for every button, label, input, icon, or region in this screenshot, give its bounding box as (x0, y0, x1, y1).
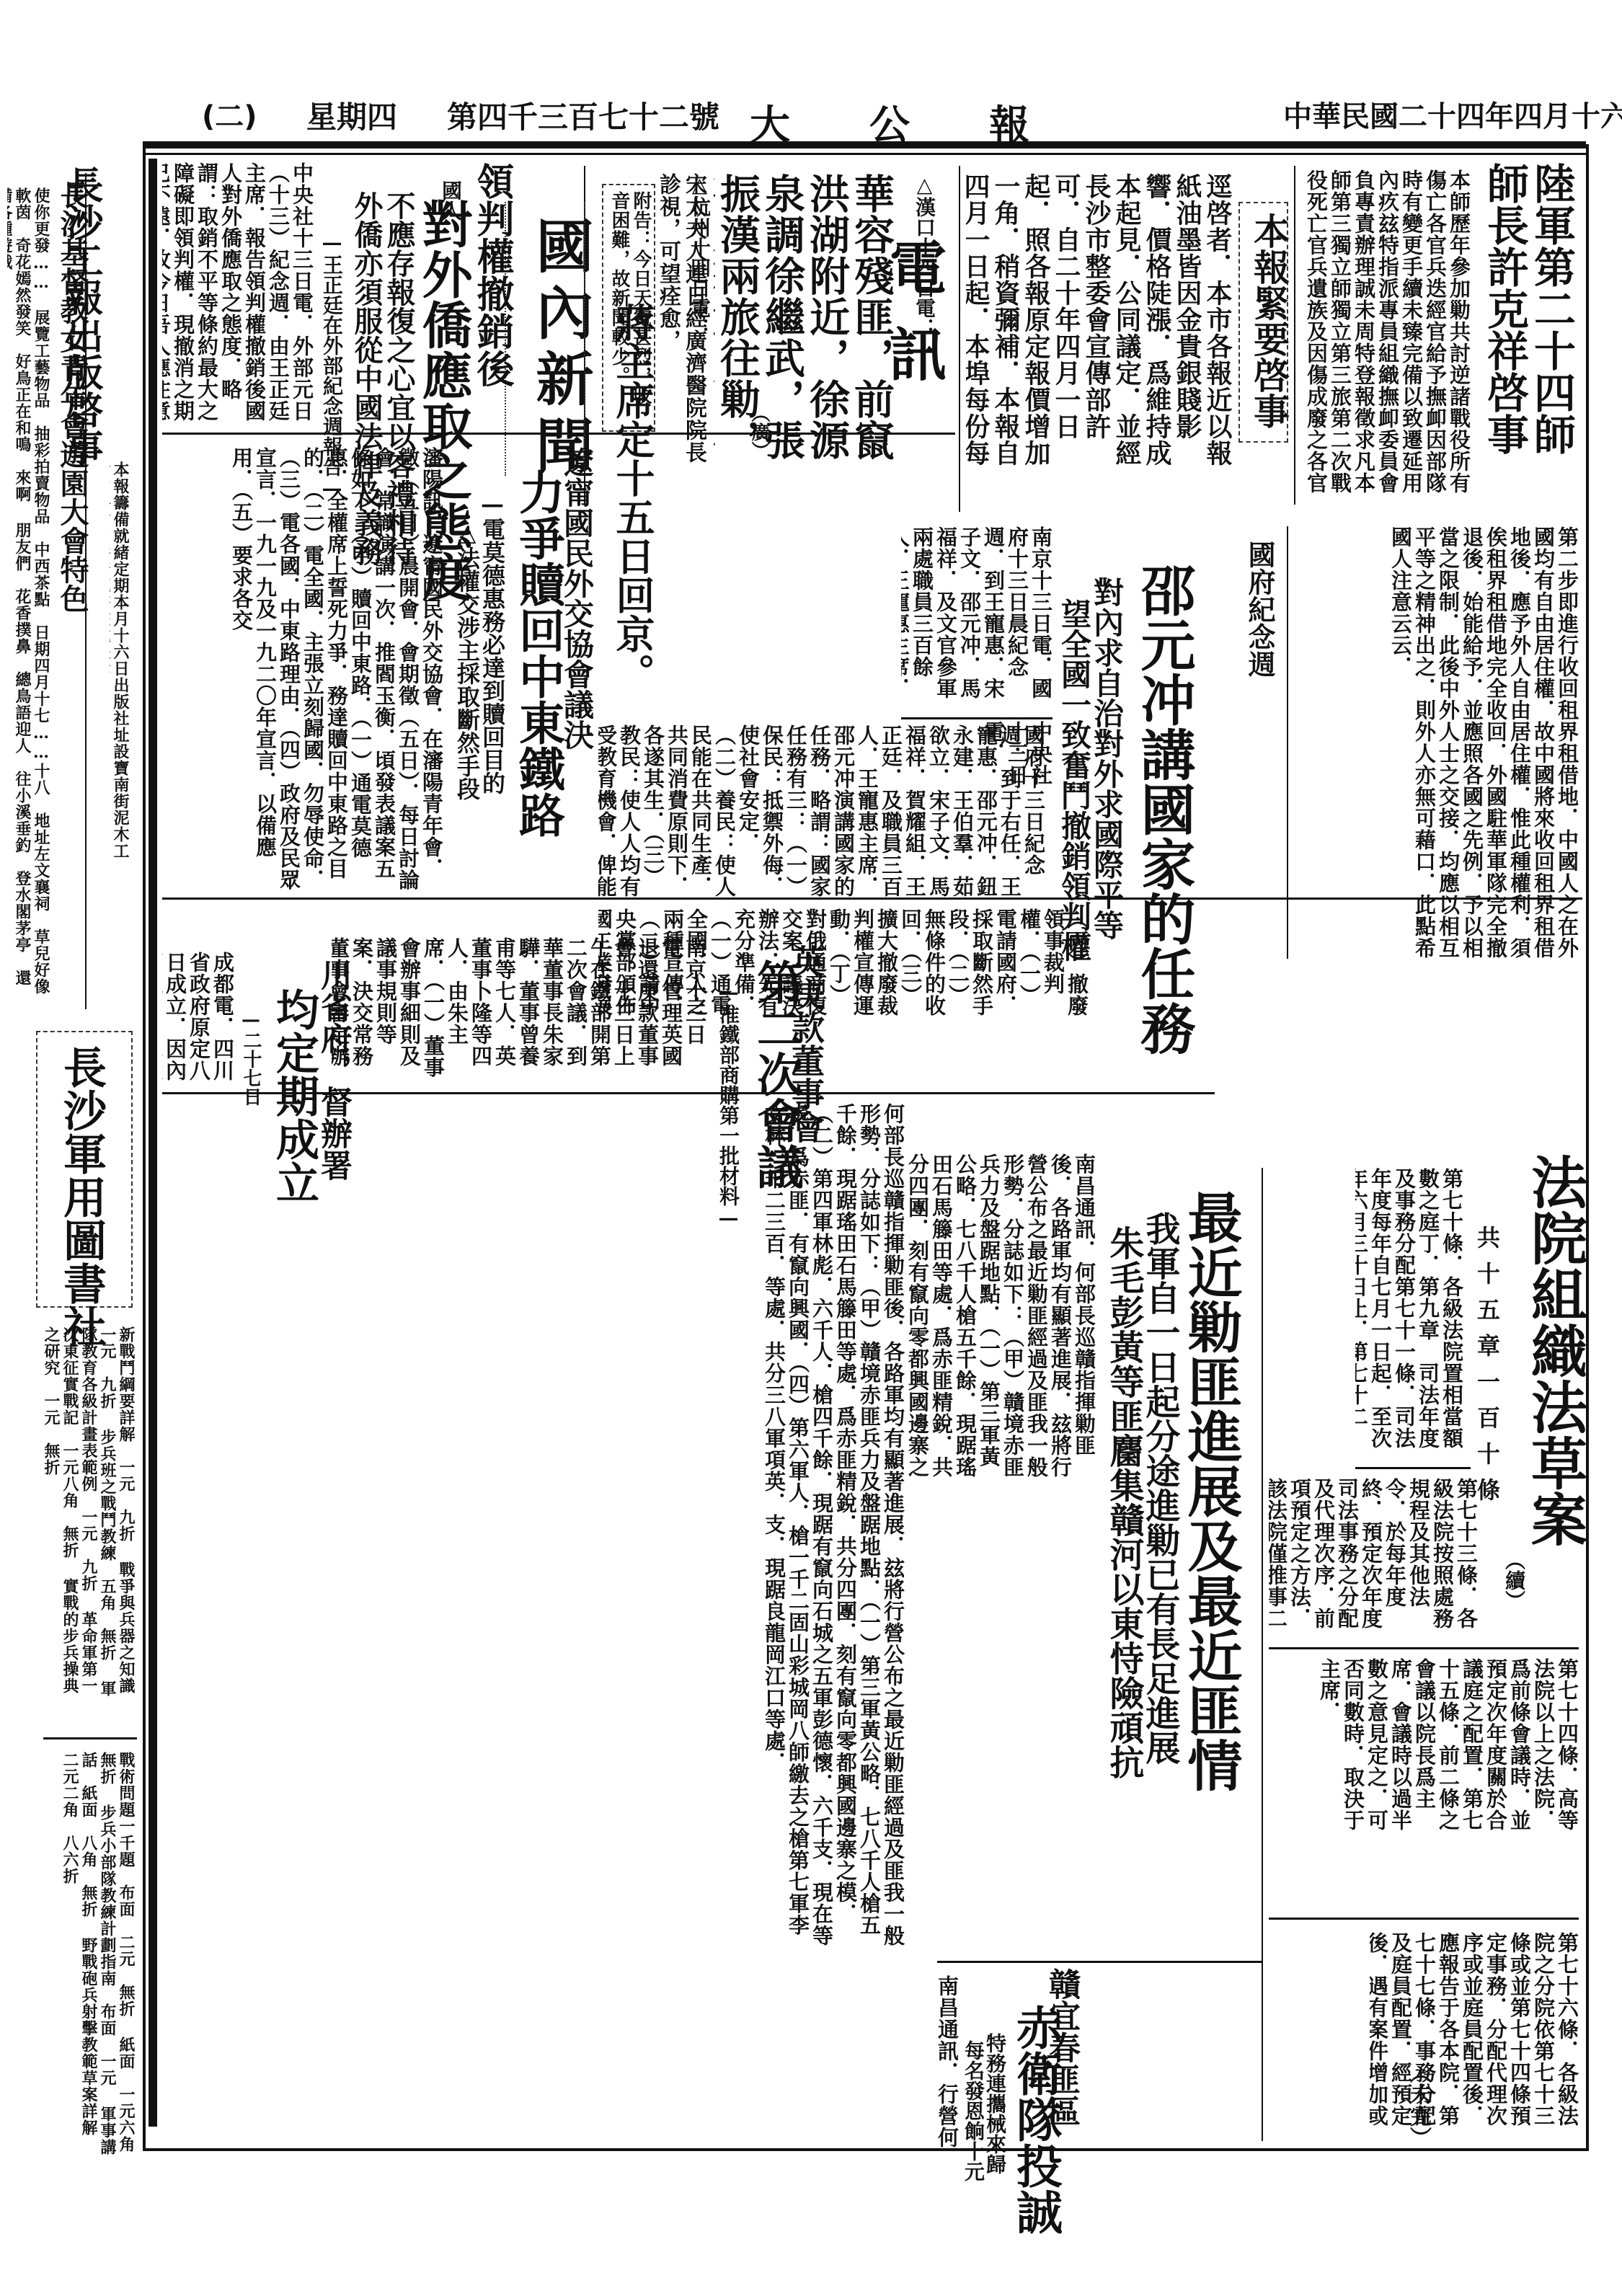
shao-headline: 邵元冲講國家的任務 (1125, 562, 1203, 1055)
ccr-text: 瀋陽訊．遼甯國民外交協會．在瀋陽青年會．徵（五日）晨開會．會期徵（五日）．每日討… (162, 447, 443, 897)
military-books-list-2: 戰術問題一千題 布面 二元 無折 紙面 一元六角 無折 步兵小部隊教練計劃指南 … (42, 1752, 136, 2155)
telegram-2-body: 宋太夫人連日經廣濟醫院院長診視，可望痊愈， (656, 173, 706, 476)
telegram-1-dateline: △漢口十四日電： (910, 173, 939, 338)
issue-date: 中華民國二十四年四月十六日 (1283, 94, 1622, 135)
chiwei-sub2: 每名發恩餉十元 (959, 2040, 988, 2181)
col-divider (1262, 1168, 1263, 2141)
shao-kicker: 國府紀念週 (1240, 541, 1280, 678)
chiwei-text: 南昌通訊．行營何部長昨據朱旅長耀華電稱．宜春赤衛隊特務連投誠．業經該縣保衛團收編… (937, 1975, 959, 2148)
ad-strip: 長沙工報出版啓事 本報籌備就緒定期本月十六日出版社址設寶南街泥木工會內各方函件請… (0, 144, 137, 2134)
page-number: (二) (202, 94, 257, 135)
law-chapter: 共十五章一百十條 (1471, 1225, 1504, 1514)
ad-military-title: 長沙軍用圖書社 (50, 1045, 112, 1348)
law-title: 法院組織法草案 (1514, 1153, 1595, 1547)
boxer-text: 南京十三日電．管理英國退還庚款董事會．十三日上午在鐵部開第二次會議．到華董事長朱… (332, 937, 706, 1085)
weekday: 星期四 (306, 94, 397, 137)
ad-ymca-title: 長沙基督教女青年會遊園大會特色 (52, 180, 93, 613)
notice-24th-text: 本師歷年參加勦共討逆諸戰役所有傷亡各官兵迭經官給予撫卹因部隊時有變更手續未臻完備… (1305, 169, 1471, 505)
law-articles-d: 第七十六條．各級法院之分院依第七十三條或並第七十四條預定事務．分配代理次序或並庭… (1370, 1932, 1579, 2134)
row-divider (1269, 1918, 1579, 1920)
sichuan-sub: —二十七日 (238, 1009, 265, 1106)
sichuan-text: 成都電．四川省政府原定八日成立．因內部組織尚未就緒．故已決定二十七日正式成立．各… (162, 952, 234, 1096)
wavy-rule (584, 202, 585, 476)
row-divider (162, 1092, 1215, 1094)
law-articles-b: 第七十三條．各級法院按照處務規程及其他法令．於每年度終．預定次年度司法事務之分配… (1269, 1478, 1478, 1629)
notice-24th-title-2: 師長許克祥啓事 (1474, 162, 1535, 455)
ad-labor-paper-text: 本報籌備就緒定期本月十六日出版社址設寶南街泥木工會內各方函件請逕寄該處是幸 (110, 461, 130, 865)
ccr-headline: 力爭贖回中東鐵路 (505, 469, 571, 838)
nanchang-text: 南昌通訊．何部長巡贛指揮勦匪後．各路軍均有顯著進展．玆將行營公布之最近勦匪經過及… (908, 1153, 1096, 1478)
law-articles-c: 第七十四條．高等法院以上之法院．爲前條會議時．並預定次年度關於合議庭之配置．第七… (1269, 1658, 1579, 1838)
nanchang-sub2: 朱毛彭黃等匪麕集贛河以東恃險頑抗 (1099, 1225, 1149, 1779)
law-end-mark: （未完） (1402, 2062, 1434, 2148)
left-border-bar (149, 159, 157, 2127)
telegram-1-source: （廣） (746, 404, 773, 460)
shao2-text: 國府十三日紀念週．到于右任．王寵惠．邵元冲．鈕永建．王伯羣．茹欲立．宋子文．馬福… (598, 724, 1045, 897)
lead-text: 中央社十三日電．外部元日（十三）紀念週．由王正廷主席．報告領判權撤銷後國人對外僑… (162, 162, 314, 433)
ccr-sub2: △法權交涉主採取斷然手段 (451, 519, 484, 800)
telegram-notice: 附告：今日天電甚烈，收音困難，故新聞較少。 (604, 191, 652, 422)
row-divider (1269, 1647, 1579, 1649)
row-divider (162, 433, 955, 435)
urgent-notice-title: 本報緊要啓事 (1243, 213, 1295, 429)
row-divider (1355, 1467, 1471, 1469)
col-divider (1287, 526, 1288, 959)
law-intl-text: 第二步即進行收回租界租借地．中國人之在外國均有自由居住權．故中國將來收回租界租借… (1290, 526, 1579, 959)
row-divider (937, 1961, 1262, 1963)
shao-sub2: 望全國一致奮鬥撤銷領判權 (1052, 598, 1096, 962)
law-continued: （續） (1499, 1550, 1528, 1610)
law-articles-a: 第七十條．各級法院置相當額數之庭丁．第九章 司法年度及事務分配第七十一條．司法年… (1355, 1168, 1463, 1456)
domestic-section-title: 國內新聞 (519, 216, 602, 482)
shao-text: 南京十三日電．國府十三日晨紀念週．到王寵惠．宋子文．邵元冲．馬福祥．及文官參軍兩… (901, 526, 1052, 714)
urgent-notice-text: 逕啓者．本市各報近以報紙油墨皆因金貴銀賤影響．價格陡漲．爲維持成本起見．公同議定… (966, 173, 1233, 476)
ad-ymca-items: 使你更發…… 展覽工藝物品 抽彩拍賣物品 中西茶點 日期四月十七……十八 地址左… (7, 187, 50, 1002)
issue-number: 第四千三百七十二號 (447, 94, 719, 137)
nanchang-text-cont: 何部長巡贛指揮勦匪後．各路軍均有顯著進展．玆將行營公布之最近勦匪經過及匪我一般形… (162, 1103, 905, 1954)
military-books-list-1: 新戰鬥綱要詳解 一元 九折 戰爭與兵器之知識 一元 九折 步兵班之戰鬥教練 五角… (42, 1326, 136, 1701)
row-divider (901, 717, 1052, 719)
telegram-1-headline: 華容殘匪，前竄洪湖附近，徐源泉調徐繼武，張振漢兩旅往勦，將匪擊潰，刻洪湖附近，已… (714, 173, 894, 476)
chiwei-headline: 赤衛隊投誠 (1002, 2004, 1068, 2235)
books-divider (43, 1737, 137, 1739)
col-divider (959, 166, 960, 512)
row-divider (162, 897, 1582, 900)
